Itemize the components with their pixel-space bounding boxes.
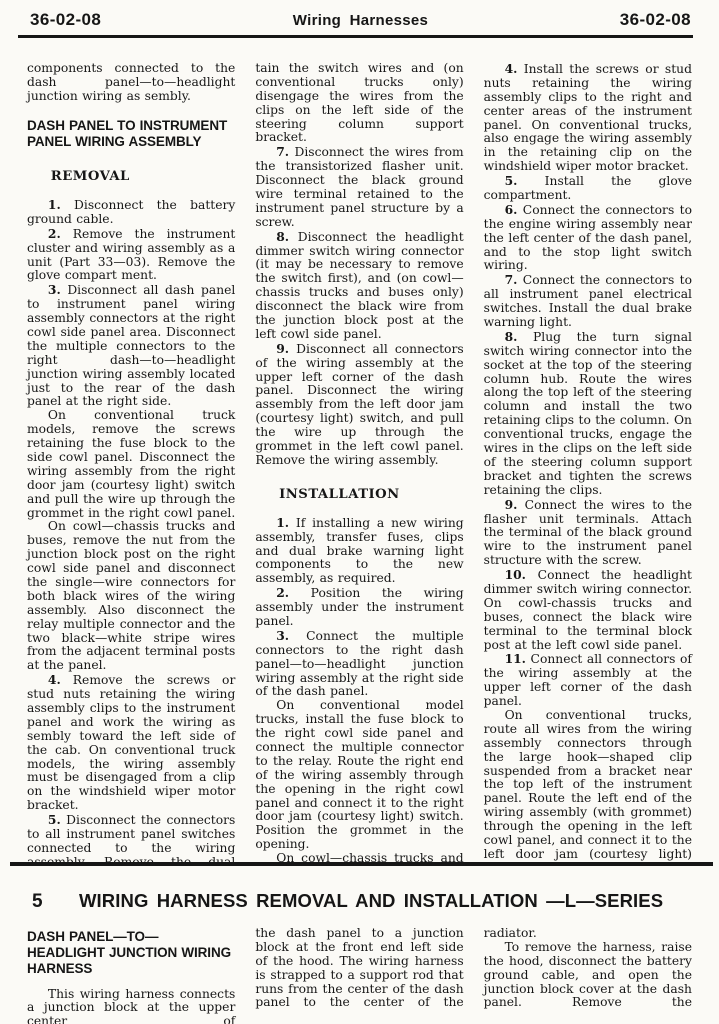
numbered-step: 7. Connect the connectors to all instrum…	[484, 273, 692, 330]
paragraph: On conventional trucks, route all wires …	[484, 709, 692, 862]
paragraph: On conventional model trucks, install th…	[255, 699, 463, 852]
step-number: 2.	[48, 226, 61, 241]
paragraph: This wiring harness connects a junction …	[27, 988, 235, 1024]
page-title: Wiring Harnesses	[293, 11, 428, 31]
column-center: tain the switch wires and (on convention…	[255, 62, 463, 862]
step-number: 4.	[48, 672, 61, 687]
numbered-step: 3. Connect the multiple connectors to th…	[255, 629, 463, 699]
step-number: 11.	[505, 651, 526, 666]
numbered-step: 6. Connect the connectors to the engine …	[484, 203, 692, 273]
step-number: 5.	[505, 173, 518, 188]
bottom-column-right: radiator.To remove the harness, raise th…	[484, 927, 692, 1024]
section-title: WIRING HARNESS REMOVAL AND INSTALLATION …	[79, 891, 663, 911]
step-number: 2.	[276, 585, 289, 600]
step-number: 9.	[505, 497, 518, 512]
numbered-step: 5. Install the glove compartment.	[484, 174, 692, 203]
paragraph: On cowl—chassis trucks and buses, instal…	[255, 852, 463, 862]
numbered-step: 2. Remove the instrument cluster and wir…	[27, 227, 235, 284]
step-number: 1.	[276, 515, 289, 530]
numbered-step: 3. Disconnect all dash panel to instrume…	[27, 283, 235, 409]
step-number: 7.	[505, 272, 518, 287]
numbered-step: 10. Connect the headlight dimmer switch …	[484, 568, 692, 652]
numbered-step: 8. Plug the turn signal switch wiring co…	[484, 330, 692, 498]
page-code-right: 36-02-08	[620, 10, 691, 30]
numbered-step: 4. Remove the screws or stud nuts retain…	[27, 673, 235, 813]
step-number: 8.	[505, 329, 518, 344]
numbered-step: 9. Disconnect all connectors of the wiri…	[255, 342, 463, 468]
numbered-step: 5. Disconnect the connectors to all inst…	[27, 813, 235, 862]
numbered-step: 8. Disconnect the headlight dimmer switc…	[255, 230, 463, 342]
sub-heading: INSTALLATION	[279, 488, 464, 503]
top-columns: components connected to the dash panel—t…	[0, 62, 719, 862]
numbered-step: 9. Connect the wires to the flasher unit…	[484, 498, 692, 568]
paragraph: components connected to the dash panel—t…	[27, 62, 235, 104]
paragraph: tain the switch wires and (on convention…	[255, 62, 463, 145]
paragraph: On conventional truck models, remove the…	[27, 409, 235, 520]
bottom-column-center: the dash panel to a junction block at th…	[255, 927, 463, 1024]
column-heading: DASH PANEL TO INSTRUMENT PANEL WIRING AS…	[27, 118, 235, 150]
numbered-step: 4. Install the screws or stud nuts retai…	[484, 62, 692, 174]
paragraph: the dash panel to a junction block at th…	[255, 927, 463, 1010]
paragraph: radiator.	[484, 927, 692, 941]
step-number: 3.	[48, 282, 61, 297]
step-number: 1.	[48, 197, 61, 212]
bottom-columns: DASH PANEL—TO—HEADLIGHT JUNCTION WIRING …	[0, 927, 719, 1024]
step-number: 4.	[505, 62, 518, 76]
step-number: 8.	[276, 229, 289, 244]
header-rule	[18, 35, 693, 38]
numbered-step: 11. Connect all connectors of the wiring…	[484, 652, 692, 709]
paragraph: To remove the harness, raise the hood, d…	[484, 941, 692, 1010]
step-number: 7.	[276, 144, 289, 159]
step-number: 10.	[505, 567, 526, 582]
section-header: 5 WIRING HARNESS REMOVAL AND INSTALLATIO…	[0, 891, 719, 913]
section-divider-rule	[10, 862, 713, 866]
step-number: 3.	[276, 628, 289, 643]
section-number: 5	[32, 891, 79, 913]
step-number: 6.	[505, 202, 518, 217]
step-number: 9.	[276, 341, 289, 356]
paragraph: On cowl—chassis trucks and buses, remove…	[27, 520, 235, 673]
column-right: 4. Install the screws or stud nuts retai…	[484, 62, 692, 862]
numbered-step: 1. Disconnect the battery ground cable.	[27, 198, 235, 227]
page-header: 36-02-08 Wiring Harnesses 36-02-08	[0, 10, 719, 31]
numbered-step: 7. Disconnect the wires from the transis…	[255, 145, 463, 229]
page-code-left: 36-02-08	[30, 10, 101, 30]
manual-page: 36-02-08 Wiring Harnesses 36-02-08 compo…	[0, 0, 719, 1024]
numbered-step: 2. Position the wiring assembly under th…	[255, 586, 463, 629]
bottom-column-left: DASH PANEL—TO—HEADLIGHT JUNCTION WIRING …	[27, 927, 235, 1024]
sub-heading: REMOVAL	[51, 170, 236, 185]
numbered-step: 1. If installing a new wiring assembly, …	[255, 516, 463, 586]
column-heading: DASH PANEL—TO—HEADLIGHT JUNCTION WIRING …	[27, 929, 235, 978]
column-left: components connected to the dash panel—t…	[27, 62, 235, 862]
step-number: 5.	[48, 812, 61, 827]
